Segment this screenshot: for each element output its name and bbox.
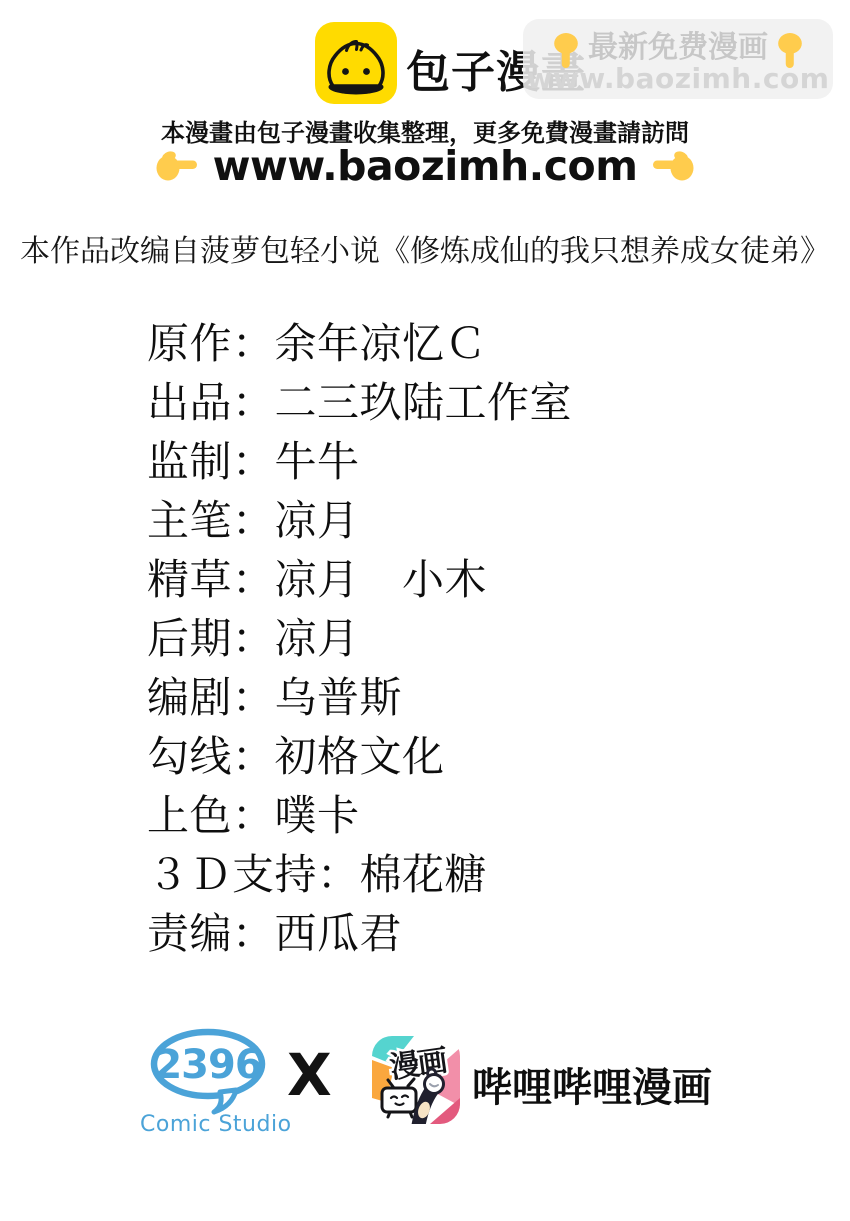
credit-line: 出品：二三玖陆工作室 <box>147 373 572 432</box>
credit-line: 责编：西瓜君 <box>147 904 572 963</box>
pointing-right-hand-icon <box>155 147 199 185</box>
credits-list: 原作：余年凉忆Ｃ 出品：二三玖陆工作室 监制：牛牛 主笔：凉月 精草：凉月 小木… <box>147 314 572 963</box>
credit-line: 上色：噗卡 <box>147 786 572 845</box>
credit-line: 主笔：凉月 <box>147 491 572 550</box>
comic-credits-page: { "brand": { "name": "包子漫畫" }, "watermar… <box>0 0 850 1221</box>
pointing-left-hand-icon <box>651 147 695 185</box>
credit-line: ３Ｄ支持：棉花糖 <box>147 845 572 904</box>
credit-line: 原作：余年凉忆Ｃ <box>147 314 572 373</box>
studio-caption: Comic Studio <box>140 1112 280 1137</box>
credit-line: 编剧：乌普斯 <box>147 668 572 727</box>
collab-x-mark: X <box>287 1046 332 1104</box>
site-url-text: www.baozimh.com <box>213 142 638 190</box>
bilibili-manga-app-icon: 漫画 <box>372 1036 460 1124</box>
studio-2396-logo: 2396 Comic Studio <box>140 1026 280 1137</box>
studio-number: 2396 <box>154 1042 261 1088</box>
watermark-overlay: 最新免费漫画 www.baozimh.com <box>523 19 833 99</box>
adaptation-note: 本作品改编自菠萝包轻小说《修炼成仙的我只想养成女徒弟》 <box>0 226 850 270</box>
credit-line: 后期：凉月 <box>147 609 572 668</box>
bili-manga-name: 哔哩哔哩漫画 <box>472 1056 712 1113</box>
credit-line: 勾线：初格文化 <box>147 727 572 786</box>
baozi-bun-icon <box>315 22 397 104</box>
credit-line: 监制：牛牛 <box>147 432 572 491</box>
site-url-row: www.baozimh.com <box>0 140 850 192</box>
credit-line: 精草：凉月 小木 <box>147 550 572 609</box>
pointing-down-hand-icon <box>773 30 807 72</box>
speech-bubble-2396-icon: 2396 <box>148 1026 272 1116</box>
pointing-down-hand-icon <box>549 30 583 72</box>
watermark-headline: 最新免费漫画 <box>588 22 768 66</box>
partners-row: 2396 Comic Studio X 漫画 <box>0 1026 850 1221</box>
